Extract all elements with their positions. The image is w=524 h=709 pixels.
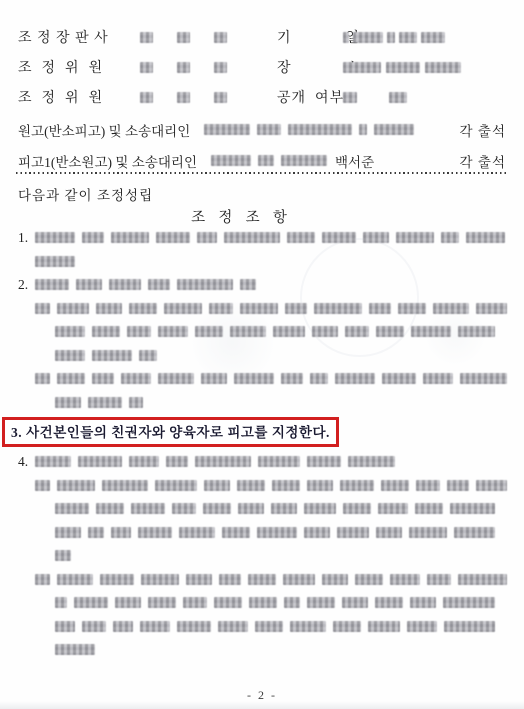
redacted-text-block (195, 456, 251, 467)
redacted-text-block (35, 303, 50, 314)
redacted-text-block (111, 232, 149, 243)
redacted-text-block (345, 326, 369, 337)
redacted-text-block (476, 480, 507, 491)
defendant-label: 피고1(반소원고) 및 소송대리인 (18, 151, 197, 171)
redacted-text-block (177, 32, 190, 43)
place-label: 장 소 (277, 57, 343, 77)
redacted-text-block (57, 373, 85, 384)
header-row-presiding-judge: 조 정 장 판 사 (18, 22, 276, 52)
clause-2b-line-2 (0, 391, 524, 415)
redacted-text-block (447, 480, 469, 491)
redacted-text-block (76, 279, 102, 290)
redacted-text-block (427, 574, 451, 585)
dotted-separator (16, 172, 508, 175)
header-row-date: 기 일 (277, 22, 506, 52)
redacted-text-block (78, 456, 122, 467)
redacted-text-block (211, 155, 251, 166)
clause-3-number: 3. (11, 425, 22, 440)
redacted-text-block (410, 597, 436, 608)
redacted-text-block (164, 303, 202, 314)
redacted-text-block (172, 503, 196, 514)
redacted-text-block (55, 597, 67, 608)
redacted-text-block (312, 326, 338, 337)
clause-4b-line-4 (0, 638, 524, 662)
redacted-text-block (348, 456, 395, 467)
clause-number: 1. (18, 230, 35, 246)
redacted-text-block (343, 92, 357, 103)
redacted-text-block (195, 326, 223, 337)
redacted-text-block (111, 527, 131, 538)
clause-2a-line-1 (0, 297, 524, 321)
redacted-text-block (240, 303, 278, 314)
redacted-text-block (398, 303, 426, 314)
redacted-text-block (273, 326, 305, 337)
redacted-text (55, 397, 143, 408)
clause-3-highlight-row: 3. 사건본인들의 친권자와 양육자로 피고를 지정한다. (0, 414, 524, 450)
redacted-text-block (342, 597, 368, 608)
redacted-text-block (35, 456, 71, 467)
clause-2-line-1: 2. (0, 273, 524, 297)
redacted-text-block (35, 373, 50, 384)
redacted-text-block (55, 503, 89, 514)
redacted-text-block (284, 597, 300, 608)
redacted-text-block (219, 574, 241, 585)
redacted-text (35, 256, 75, 267)
redacted-text-block (368, 621, 400, 632)
redacted-text-block (166, 456, 188, 467)
redacted-text (55, 550, 71, 561)
redacted-text-block (55, 350, 85, 361)
redacted-text-block (139, 350, 157, 361)
redacted-text-block (127, 326, 151, 337)
plaintiff-row: 원고(반소피고) 및 소송대리인 각 출석 (18, 114, 506, 145)
redacted-text-block (82, 232, 104, 243)
redacted-text-block (109, 279, 141, 290)
redacted-text (55, 621, 495, 632)
redacted-text-block (466, 232, 505, 243)
redacted-text (35, 279, 256, 290)
redacted-text-block (425, 62, 461, 73)
redacted-text-block (121, 373, 151, 384)
redacted-text-block (148, 279, 170, 290)
redacted-text-block (148, 597, 176, 608)
redacted-text-block (307, 597, 335, 608)
redacted-text-block (355, 574, 383, 585)
redacted-text-block (476, 303, 507, 314)
redacted-text (35, 373, 507, 384)
redacted-text-block (129, 303, 157, 314)
redacted-text-block (230, 326, 266, 337)
redacted-text-block (378, 503, 408, 514)
redacted-text-block (335, 373, 375, 384)
clause-2a-line-2 (0, 320, 524, 344)
redacted-text-block (88, 527, 104, 538)
redacted-text-block (55, 326, 85, 337)
plaintiff-attendance-status: 각 출석 (460, 120, 507, 140)
redacted-text-block (197, 232, 217, 243)
redacted-text-block (102, 480, 148, 491)
redacted-text-block (248, 574, 276, 585)
redacted-text-block (387, 32, 395, 43)
redacted-text-block (343, 62, 381, 73)
redacted-text-block (369, 303, 391, 314)
clause-4a-line-4 (0, 544, 524, 568)
clause-4b-line-1 (0, 568, 524, 592)
redacted-text-block (458, 326, 495, 337)
clause-number: 2. (18, 277, 35, 293)
public-status-label: 공개 여부 (277, 87, 343, 107)
redacted-text-block (156, 232, 190, 243)
redacted-text-block (57, 574, 93, 585)
clause-1-line-2 (0, 250, 524, 274)
redacted-text (55, 350, 157, 361)
redacted-text-block (131, 503, 165, 514)
redacted-text-block (129, 397, 143, 408)
redacted-text-block (396, 232, 434, 243)
redacted-text-block (96, 303, 122, 314)
redacted-text-block (390, 574, 420, 585)
redacted-text-block (141, 574, 179, 585)
redacted-defendant-counsel (211, 155, 327, 166)
redacted-text-block (288, 124, 352, 135)
redacted-text-block (240, 279, 256, 290)
settlement-declaration: 다음과 같이 조정성립 (18, 184, 153, 204)
redacted-text-block (376, 527, 402, 538)
redacted-text-block (415, 503, 443, 514)
redacted-text-block (389, 92, 407, 103)
redacted-text-block (343, 503, 371, 514)
redacted-text-block (140, 621, 170, 632)
redacted-text-block (204, 480, 230, 491)
redacted-text-block (272, 480, 300, 491)
redacted-text-block (443, 597, 495, 608)
redacted-text-block (55, 621, 75, 632)
redacted-text-block (249, 597, 277, 608)
redacted-text-block (353, 32, 383, 43)
clause-1-line-1: 1. (0, 226, 524, 250)
redacted-date-value (343, 32, 445, 43)
redacted-text-block (177, 62, 190, 73)
header-row-mediator-2: 조 정 위 원 (18, 82, 276, 112)
redacted-text-block (57, 480, 95, 491)
redacted-text-block (204, 124, 250, 135)
redacted-text (55, 503, 495, 514)
redacted-text-block (92, 373, 114, 384)
date-label: 기 일 (277, 27, 343, 47)
redacted-text-block (186, 574, 212, 585)
redacted-text-block (214, 62, 227, 73)
redacted-text-block (115, 597, 141, 608)
redacted-text-block (214, 32, 227, 43)
redacted-text-block (55, 527, 81, 538)
redacted-text (55, 597, 495, 608)
redacted-text (35, 232, 505, 243)
redacted-text-block (386, 62, 420, 73)
redacted-text-block (55, 644, 95, 655)
redacted-text-block (281, 373, 303, 384)
redacted-text-block (381, 480, 409, 491)
redacted-text-block (92, 326, 120, 337)
clause-number: 4. (18, 454, 35, 470)
redacted-text-block (444, 621, 495, 632)
redacted-text-block (287, 232, 315, 243)
redacted-text-block (421, 32, 445, 43)
redacted-text-block (409, 527, 447, 538)
redacted-text-block (376, 326, 404, 337)
clause-4b-line-3 (0, 615, 524, 639)
redacted-text-block (183, 597, 207, 608)
redacted-text-block (222, 527, 250, 538)
clause-4-line-1: 4. (0, 450, 524, 474)
parties: 원고(반소피고) 및 소송대리인 각 출석 피고1(반소원고) 및 소송대리인 … (18, 114, 506, 176)
redacted-text-block (203, 503, 231, 514)
presiding-judge-label: 조 정 장 판 사 (18, 27, 118, 47)
redacted-text-block (88, 397, 122, 408)
redacted-text-block (257, 527, 297, 538)
redacted-text-block (441, 232, 459, 243)
defendant-attendance-status: 각 출석 (460, 151, 507, 171)
redacted-text-block (271, 503, 297, 514)
redacted-text-block (55, 550, 71, 561)
redacted-judge-name (140, 32, 227, 43)
clause-4a-line-3 (0, 521, 524, 545)
mediator-label: 조 정 위 원 (18, 57, 118, 77)
defendant-counsel-name: 백서준 (335, 151, 374, 171)
clause-4a-line-1 (0, 474, 524, 498)
redacted-text-block (82, 621, 106, 632)
redacted-text-block (304, 503, 336, 514)
redacted-text (55, 326, 495, 337)
redacted-text-block (460, 373, 507, 384)
header-right-column: 기 일 장 소 공개 여부 (277, 22, 506, 112)
redacted-text (35, 456, 395, 467)
header-row-public-status: 공개 여부 (277, 82, 506, 112)
redacted-text-block (129, 456, 159, 467)
redacted-text-block (416, 480, 440, 491)
redacted-text (35, 303, 507, 314)
redacted-text (35, 480, 507, 491)
redacted-text-block (237, 480, 265, 491)
redacted-text-block (337, 527, 369, 538)
plaintiff-label: 원고(반소피고) 및 소송대리인 (18, 120, 190, 140)
redacted-text-block (96, 503, 124, 514)
header-left-column: 조 정 장 판 사 조 정 위 원 조 정 위 원 (18, 22, 276, 112)
redacted-text-block (158, 373, 194, 384)
header-row-mediator-1: 조 정 위 원 (18, 52, 276, 82)
redacted-text-block (310, 373, 328, 384)
redacted-text-block (179, 527, 215, 538)
redacted-text-block (407, 621, 437, 632)
redacted-text-block (177, 92, 190, 103)
redacted-text-block (307, 480, 333, 491)
redacted-text-block (35, 232, 75, 243)
redacted-text-block (285, 303, 307, 314)
redacted-text-block (234, 373, 274, 384)
redacted-text-block (138, 527, 172, 538)
redacted-text-block (214, 92, 227, 103)
redacted-text-block (177, 279, 233, 290)
redacted-text-block (258, 456, 300, 467)
redacted-text-block (140, 62, 153, 73)
redacted-text-block (281, 155, 327, 166)
redacted-text-block (155, 480, 197, 491)
redacted-plaintiff-counsel (204, 124, 414, 135)
redacted-text-block (423, 373, 453, 384)
redacted-text-block (140, 32, 153, 43)
redacted-text-block (375, 597, 403, 608)
red-highlight-box: 3. 사건본인들의 친권자와 양육자로 피고를 지정한다. (2, 417, 339, 447)
redacted-text-block (257, 124, 281, 135)
redacted-text-block (113, 621, 133, 632)
redacted-text-block (158, 326, 188, 337)
mediator-label: 조 정 위 원 (18, 87, 118, 107)
clause-4a-line-2 (0, 497, 524, 521)
redacted-text (35, 574, 507, 585)
redacted-text-block (363, 232, 389, 243)
redacted-text-block (74, 597, 108, 608)
redacted-text-block (340, 480, 374, 491)
clause-3-text: 사건본인들의 친권자와 양육자로 피고를 지정한다. (26, 425, 330, 440)
redacted-text-block (224, 232, 280, 243)
redacted-text-block (411, 326, 451, 337)
redacted-text-block (458, 574, 507, 585)
redacted-text-block (399, 32, 417, 43)
redacted-text-block (35, 574, 50, 585)
redacted-text-block (450, 503, 495, 514)
redacted-text-block (359, 124, 367, 135)
redacted-text-block (374, 124, 414, 135)
redacted-text-block (382, 373, 416, 384)
redacted-text-block (177, 621, 211, 632)
redacted-text-block (454, 527, 495, 538)
clause-list: 1. 2. 3. 사건본인들의 친권자와 양육자로 피고를 지정한 (0, 226, 524, 662)
redacted-public-status-value (343, 92, 407, 103)
section-title: 조 정 조 항 (0, 206, 502, 227)
redacted-text-block (92, 350, 132, 361)
redacted-text-block (314, 303, 362, 314)
redacted-mediator-name (140, 92, 227, 103)
redacted-place-value (343, 62, 461, 73)
redacted-text-block (333, 621, 361, 632)
redacted-text-block (55, 397, 81, 408)
document-page: 조 정 장 판 사 조 정 위 원 조 정 위 원 기 일 장 소 (0, 0, 524, 709)
redacted-text-block (35, 256, 75, 267)
scan-edge-shadow (0, 701, 524, 709)
header-row-place: 장 소 (277, 52, 506, 82)
redacted-text-block (57, 303, 89, 314)
clause-2a-line-3 (0, 344, 524, 368)
redacted-text (55, 644, 95, 655)
redacted-text-block (209, 303, 233, 314)
redacted-text-block (35, 480, 50, 491)
redacted-text-block (214, 597, 242, 608)
redacted-text-block (322, 574, 348, 585)
redacted-text-block (307, 456, 341, 467)
redacted-text-block (218, 621, 248, 632)
redacted-text (55, 527, 495, 538)
redacted-text-block (343, 32, 349, 43)
redacted-text-block (255, 621, 283, 632)
clause-2b-line-1 (0, 367, 524, 391)
redacted-text-block (304, 527, 330, 538)
redacted-text-block (283, 574, 315, 585)
redacted-text-block (290, 621, 326, 632)
redacted-text-block (35, 279, 69, 290)
redacted-text-block (201, 373, 227, 384)
redacted-text-block (258, 155, 274, 166)
redacted-text-block (140, 92, 153, 103)
redacted-text-block (100, 574, 134, 585)
redacted-text-block (322, 232, 356, 243)
redacted-text-block (433, 303, 469, 314)
redacted-mediator-name (140, 62, 227, 73)
clause-4b-line-2 (0, 591, 524, 615)
redacted-text-block (238, 503, 264, 514)
